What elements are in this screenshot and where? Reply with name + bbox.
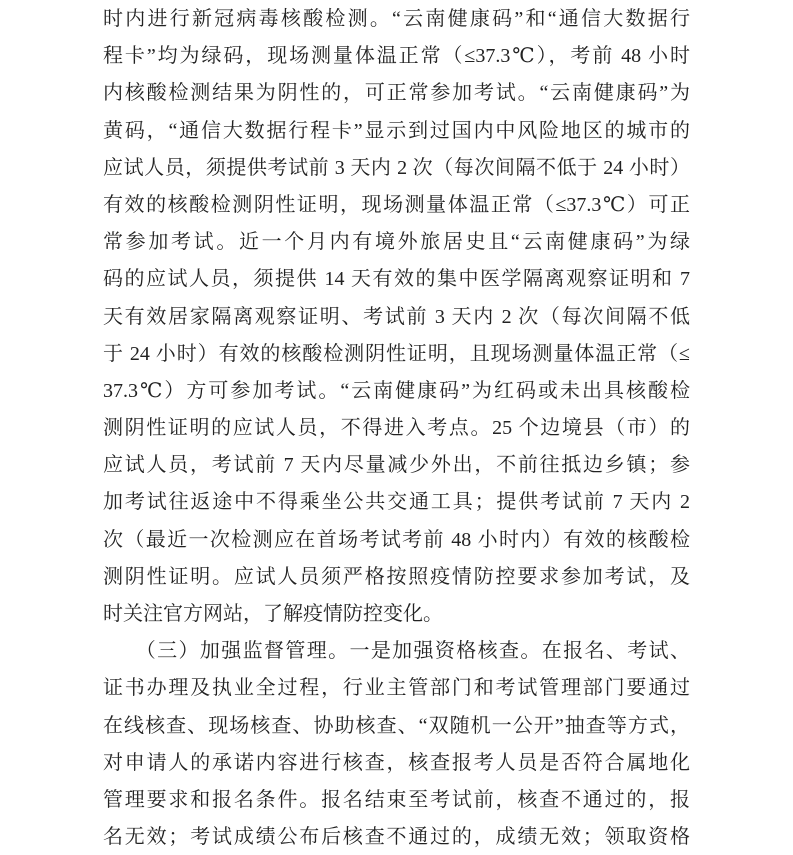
text-line: 程卡”均为绿码，现场测量体温正常（≤37.3℃），考前 48 小时 — [103, 38, 690, 75]
text-line: 对申请人的承诺内容进行核查，核查报考人员是否符合属地化 — [103, 745, 690, 782]
text-line: 测阴性证明的应试人员，不得进入考点。25 个边境县（市）的 — [103, 410, 690, 447]
text-line: 加考试往返途中不得乘坐公共交通工具；提供考试前 7 天内 2 — [103, 484, 690, 521]
text-line: 测阴性证明。应试人员须严格按照疫情防控要求参加考试，及 — [103, 559, 690, 596]
text-line: 证书办理及执业全过程，行业主管部门和考试管理部门要通过 — [103, 670, 690, 707]
text-line: 内核酸检测结果为阴性的，可正常参加考试。“云南健康码”为 — [103, 75, 690, 112]
text-line: （三）加强监督管理。一是加强资格核查。在报名、考试、 — [103, 633, 690, 670]
text-line: 次（最近一次检测应在首场考试考前 48 小时内）有效的核酸检 — [103, 522, 690, 559]
text-line: 有效的核酸检测阴性证明，现场测量体温正常（≤37.3℃）可正 — [103, 187, 690, 224]
document-page: 时内进行新冠病毒核酸检测。“云南健康码”和“通信大数据行 程卡”均为绿码，现场测… — [0, 0, 793, 855]
text-line: 在线核查、现场核查、协助核查、“双随机一公开”抽查等方式， — [103, 708, 690, 745]
text-line: 管理要求和报名条件。报名结束至考试前，核查不通过的，报 — [103, 782, 690, 819]
text-line: 于 24 小时）有效的核酸检测阴性证明，且现场测量体温正常（≤ — [103, 336, 690, 373]
text-line: 时内进行新冠病毒核酸检测。“云南健康码”和“通信大数据行 — [103, 1, 690, 38]
text-line: 常参加考试。近一个月内有境外旅居史且“云南健康码”为绿 — [103, 224, 690, 261]
text-line: 时关注官方网站，了解疫情防控变化。 — [103, 596, 690, 633]
text-line: 天有效居家隔离观察证明、考试前 3 天内 2 次（每次间隔不低 — [103, 299, 690, 336]
text-line: 应试人员，考试前 7 天内尽量减少外出，不前往抵边乡镇；参 — [103, 447, 690, 484]
text-line: 码的应试人员，须提供 14 天有效的集中医学隔离观察证明和 7 — [103, 261, 690, 298]
text-line: 应试人员，须提供考试前 3 天内 2 次（每次间隔不低于 24 小时） — [103, 150, 690, 187]
text-line: 37.3℃）方可参加考试。“云南健康码”为红码或未出具核酸检 — [103, 373, 690, 410]
text-line: 名无效；考试成绩公布后核查不通过的，成绩无效；领取资格 — [103, 819, 690, 855]
paragraph: （三）加强监督管理。一是加强资格核查。在报名、考试、 证书办理及执业全过程，行业… — [103, 633, 690, 855]
document-text-block: 时内进行新冠病毒核酸检测。“云南健康码”和“通信大数据行 程卡”均为绿码，现场测… — [103, 1, 690, 855]
paragraph: 时内进行新冠病毒核酸检测。“云南健康码”和“通信大数据行 程卡”均为绿码，现场测… — [103, 1, 690, 633]
text-line: 黄码，“通信大数据行程卡”显示到过国内中风险地区的城市的 — [103, 113, 690, 150]
